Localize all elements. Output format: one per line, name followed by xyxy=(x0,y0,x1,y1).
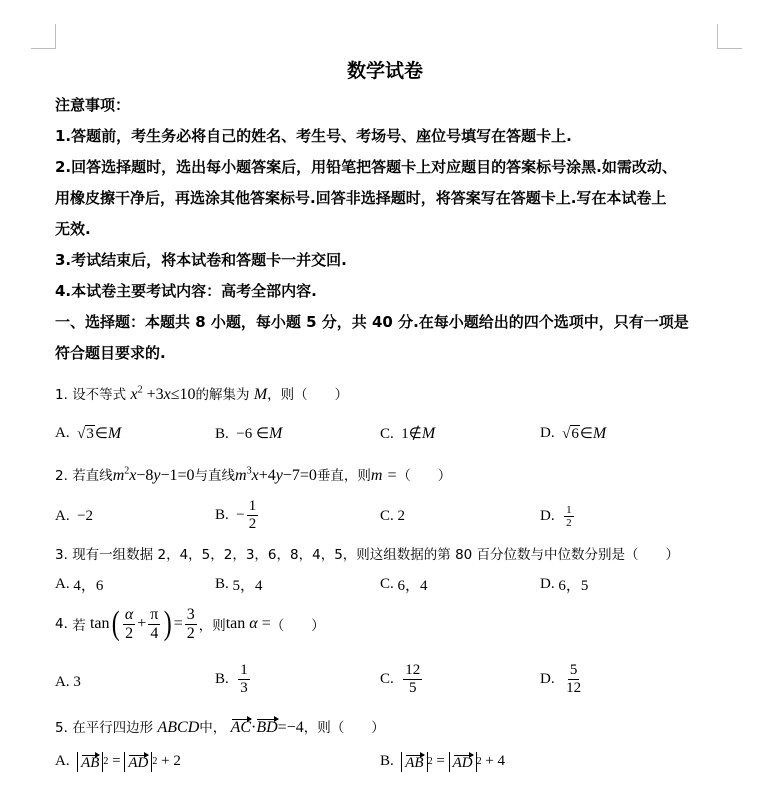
math-expression: tan(α2+π4)=32 xyxy=(90,605,199,643)
question-text: 的解集为 xyxy=(196,387,250,403)
note-1: 1.答题前，考生务必将自己的姓名、考生号、考场号、座位号填写在答题卡上. xyxy=(55,121,715,152)
question-text: 中， xyxy=(199,720,226,736)
option-c[interactable]: C. 1∉ M xyxy=(380,424,435,443)
note-2-cont: 用橡皮擦干净后，再选涂其他答案标号.回答非选择题时，将答案写在答题卡上.写在本试… xyxy=(55,183,715,214)
question-5: 5. 在平行四边形 ABCD中， AC·BD=−4，则（ ） xyxy=(55,716,715,737)
math-variable: m = xyxy=(371,467,397,484)
question-text: 在平行四边形 xyxy=(72,720,153,736)
question-number: 2. xyxy=(55,468,68,484)
option-d-text: 6，5 xyxy=(558,574,588,595)
option-c-text: 6，4 xyxy=(398,574,428,595)
question-text: ，则 xyxy=(199,614,226,634)
math-expression: AC·BD=−4 xyxy=(231,719,304,736)
question-text: 与直线 xyxy=(195,468,236,484)
math-expression: m2x−8y−1=0 xyxy=(113,467,195,484)
math-expression: m3x+4y−7=0 xyxy=(235,467,317,484)
question-number: 4. xyxy=(55,616,68,632)
option-b[interactable]: B. 13 xyxy=(215,662,252,696)
math-expression: x2 +3x≤10 xyxy=(130,386,195,403)
note-2-end: 无效. xyxy=(55,214,715,245)
option-b[interactable]: B. −12 xyxy=(215,498,260,532)
question-text: 垂直，则 xyxy=(317,468,371,484)
math-variable: ABCD xyxy=(157,719,199,736)
page-title: 数学试卷 xyxy=(55,56,715,83)
notes-heading: 注意事项： xyxy=(55,90,715,121)
notes-section: 注意事项： 1.答题前，考生务必将自己的姓名、考生号、考场号、座位号填写在答题卡… xyxy=(55,90,715,369)
section-heading: 一、选择题：本题共 8 小题，每小题 5 分，共 40 分.在每小题给出的四个选… xyxy=(55,307,715,338)
option-a[interactable]: A. 3 xyxy=(55,674,81,691)
question-3: 3. 现有一组数据 2，4，5，2，3，6，8，4，5，则这组数据的第 80 百… xyxy=(55,543,715,563)
option-a-text: 4，6 xyxy=(73,574,103,595)
option-d[interactable]: D. 12 xyxy=(540,504,576,529)
question-text: （ ） xyxy=(397,468,451,484)
question-text: （ ） xyxy=(271,614,325,634)
option-b[interactable]: B. −6 ∈ M xyxy=(215,424,282,443)
option-a[interactable]: A. −2 xyxy=(55,508,93,525)
page-corner-mark-left xyxy=(31,24,56,49)
note-2: 2.回答选择题时，选出每小题答案后，用铅笔把答题卡上对应题目的答案标号涂黑.如需… xyxy=(55,152,715,183)
option-d[interactable]: D. 6，5 xyxy=(540,574,588,595)
question-number: 3. xyxy=(55,547,68,563)
option-a[interactable]: A. √3∈M xyxy=(55,424,121,443)
question-2: 2. 若直线m2x−8y−1=0与直线m3x+4y−7=0垂直，则m =（ ） xyxy=(55,464,715,485)
option-b[interactable]: B. AB2 = AD2 + 4 xyxy=(380,752,505,772)
option-b-text: 5，4 xyxy=(233,574,263,595)
note-4: 4.本试卷主要考试内容：高考全部内容. xyxy=(55,276,715,307)
question-text: 现有一组数据 2，4，5，2，3，6，8，4，5，则这组数据的第 80 百分位数… xyxy=(72,547,679,563)
question-text: 若直线 xyxy=(72,468,113,484)
option-b[interactable]: B. 5，4 xyxy=(215,574,263,595)
option-c[interactable]: C. 6，4 xyxy=(380,574,428,595)
question-number: 1. xyxy=(55,387,68,403)
option-a[interactable]: A. 4，6 xyxy=(55,574,103,595)
page-corner-mark-right xyxy=(717,24,742,49)
question-text: 若 xyxy=(72,614,86,634)
question-number: 5. xyxy=(55,720,68,736)
question-text: ，则（ ） xyxy=(304,720,385,736)
note-3: 3.考试结束后，将本试卷和答题卡一并交回. xyxy=(55,245,715,276)
section-heading-cont: 符合题目要求的. xyxy=(55,338,715,369)
option-c[interactable]: C. 2 xyxy=(380,508,405,525)
math-expression: tan α = xyxy=(226,615,271,633)
option-d[interactable]: D. √6∈M xyxy=(540,424,606,443)
option-a[interactable]: A. AB2 = AD2 + 2 xyxy=(55,752,181,772)
option-c[interactable]: C. 125 xyxy=(380,662,424,696)
option-d[interactable]: D. 512 xyxy=(540,662,585,696)
math-variable: M xyxy=(254,386,267,403)
question-text: 设不等式 xyxy=(72,387,126,403)
question-text: ，则（ ） xyxy=(267,387,348,403)
question-1: 1. 设不等式 x2 +3x≤10的解集为 M，则（ ） xyxy=(55,383,715,404)
question-4: 4. 若 tan(α2+π4)=32 ，则 tan α = （ ） xyxy=(55,605,715,643)
